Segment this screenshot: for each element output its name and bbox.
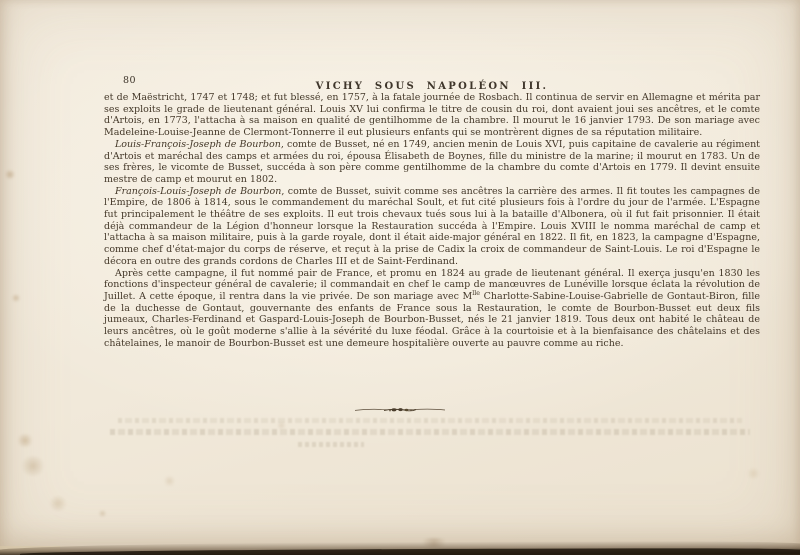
foxing-stain bbox=[746, 468, 761, 479]
foxing-stain bbox=[16, 434, 34, 447]
foxing-stain bbox=[48, 496, 68, 511]
bleedthrough-text-line bbox=[110, 429, 750, 435]
paragraph-apres-campagne: Après cette campagne, il fut nommé pair … bbox=[104, 268, 760, 350]
scanned-book-page: 80 VICHY SOUS NAPOLÉON III. et de Maëstr… bbox=[0, 0, 800, 555]
running-head: 80 VICHY SOUS NAPOLÉON III. bbox=[104, 74, 760, 93]
person-name-italic: François-Louis-Joseph de Bourbon bbox=[115, 186, 281, 197]
foxing-stain bbox=[20, 456, 46, 476]
page-number: 80 bbox=[123, 75, 136, 86]
paragraph-text: , comte de Busset, suivit comme ses ancê… bbox=[104, 186, 760, 267]
paragraph-francois-louis: François-Louis-Joseph de Bourbon, comte … bbox=[104, 186, 760, 268]
paragraph-louis-francois: Louis-François-Joseph de Bourbon, comte … bbox=[104, 139, 760, 186]
paragraph-text: et de Maëstricht, 1747 et 1748; et fut b… bbox=[104, 92, 760, 138]
paragraph-continuation: et de Maëstricht, 1747 et 1748; et fut b… bbox=[104, 92, 760, 139]
person-name-italic: Louis-François-Joseph de Bourbon bbox=[115, 139, 281, 150]
foxing-stain bbox=[11, 294, 21, 302]
superscript-lle: lle bbox=[472, 290, 480, 297]
foxing-stain bbox=[276, 422, 287, 429]
bleedthrough-text-line bbox=[298, 442, 364, 447]
foxing-stain bbox=[4, 170, 16, 179]
running-title: VICHY SOUS NAPOLÉON III. bbox=[316, 81, 549, 92]
body-text: et de Maëstricht, 1747 et 1748; et fut b… bbox=[104, 92, 760, 349]
foxing-stain bbox=[98, 510, 107, 517]
fleuron-icon bbox=[354, 404, 446, 416]
bleedthrough-text-line bbox=[118, 418, 742, 423]
foxing-stain bbox=[163, 476, 176, 486]
